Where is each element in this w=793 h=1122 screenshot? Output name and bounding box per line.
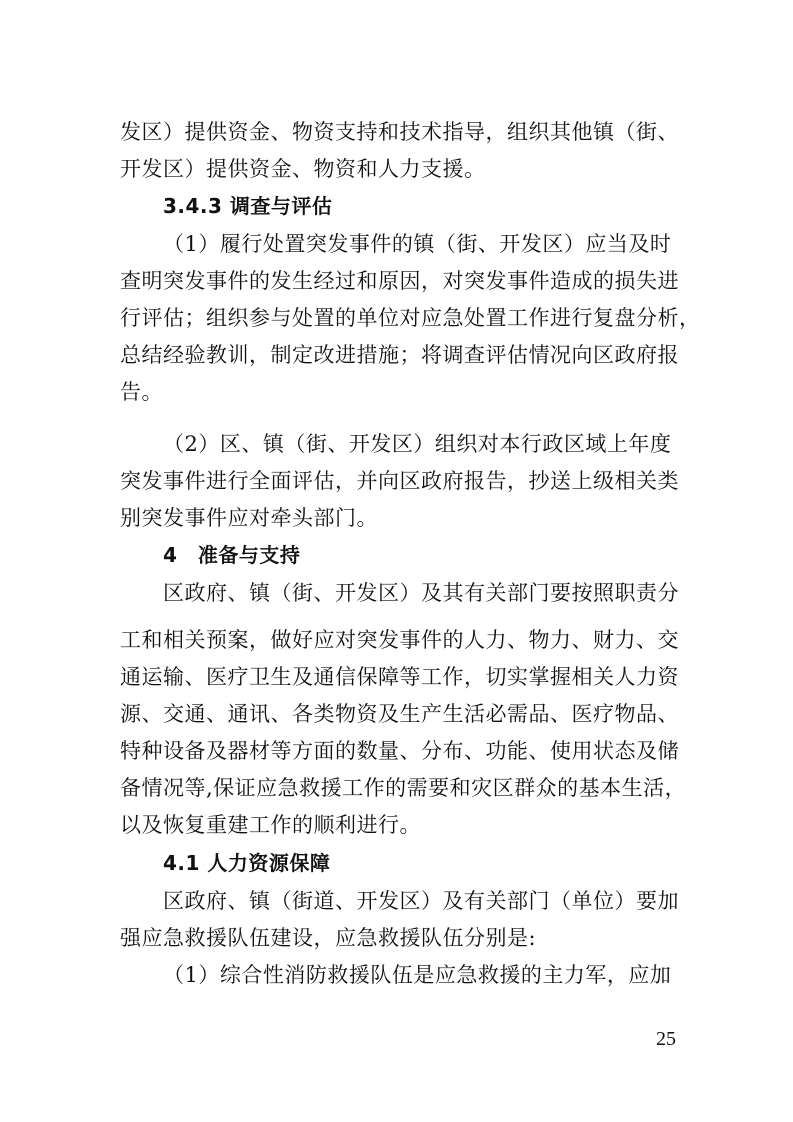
- text-line: 通运输、医疗卫生及通信保障等工作，切实掌握相关人力资: [120, 663, 680, 691]
- text-line: 强应急救援队伍建设，应急救援队伍分别是:: [120, 924, 680, 952]
- text-line: 突发事件进行全面评估，并向区政府报告，抄送上级相关类: [120, 467, 680, 495]
- text-line: 别突发事件应对牵头部门。: [120, 504, 680, 532]
- text-line: 查明突发事件的发生经过和原因，对突发事件造成的损失进: [120, 267, 680, 295]
- text-line: 源、交通、通讯、各类物资及生产生活必需品、医疗物品、: [120, 700, 680, 728]
- text-line: 区政府、镇（街、开发区）及其有关部门要按照职责分: [163, 579, 723, 607]
- section-heading: 4 准备与支持: [163, 541, 723, 569]
- text-line: 以及恢复重建工作的顺利进行。: [120, 811, 680, 839]
- text-line: 行评估；组织参与处置的单位对应急处置工作进行复盘分析，: [120, 304, 680, 332]
- text-line: 备情况等,保证应急救援工作的需要和灾区群众的基本生活，: [120, 774, 680, 802]
- text-line: 开发区）提供资金、物资和人力支援。: [120, 155, 680, 183]
- page-number: 25: [656, 1028, 676, 1051]
- text-line: 区政府、镇（街道、开发区）及有关部门（单位）要加: [163, 887, 723, 915]
- text-line: （1）履行处置突发事件的镇（街、开发区）应当及时: [163, 230, 723, 258]
- text-line: （2）区、镇（街、开发区）组织对本行政区域上年度: [163, 430, 723, 458]
- text-line: 特种设备及器材等方面的数量、分布、功能、使用状态及储: [120, 737, 680, 765]
- section-heading: 3.4.3 调查与评估: [163, 192, 723, 220]
- text-line: 总结经验教训，制定改进措施；将调查评估情况向区政府报: [120, 341, 680, 369]
- text-line: 告。: [120, 378, 680, 406]
- text-line: 工和相关预案，做好应对突发事件的人力、物力、财力、交: [120, 626, 680, 654]
- section-heading: 4.1 人力资源保障: [163, 849, 723, 877]
- text-line: （1）综合性消防救援队伍是应急救援的主力军，应加: [163, 961, 723, 989]
- text-line: 发区）提供资金、物资支持和技术指导，组织其他镇（街、: [120, 118, 680, 146]
